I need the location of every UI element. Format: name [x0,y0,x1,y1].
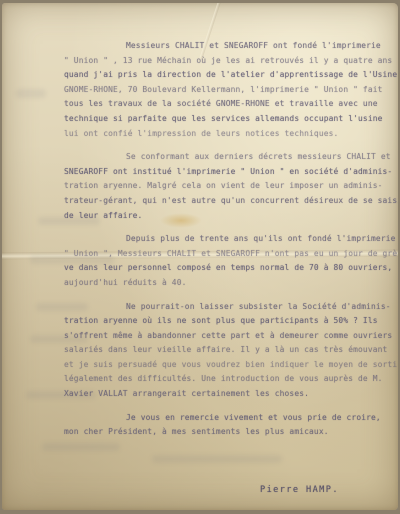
letter-paper: Messieurs CHALIT et SNEGAROFF ont fondé … [2,3,398,510]
letter-line: Ne pourrait-on laisser subsister la Soci… [64,300,398,315]
letter-line: technique si parfaite que les services a… [64,112,398,127]
letter-line: GNOME-RHONE, 70 Boulevard Kellermann, l'… [64,83,398,98]
letter-line: trateur-gérant, qui n'est autre qu'un co… [64,194,398,209]
letter-body: Messieurs CHALIT et SNEGAROFF ont fondé … [64,39,398,497]
letter-line: Se conformant aux derniers décrets messi… [64,150,398,165]
letter-line: Depuis plus de trente ans qu'ils ont fon… [64,232,398,247]
letter-line: légalement des difficultés. Une introduc… [64,372,398,387]
signature: Pierre HAMP. [260,483,398,498]
letter-line: " Union ", Messieurs CHALIT et SNEGAROFF… [64,247,398,262]
letter-line: s'offrent même à abandonner cette part e… [64,329,398,344]
letter-line: de leur affaire. [64,209,398,224]
letter-line: ve dans leur personnel composé en temps … [64,261,398,276]
letter-line: SNEGAROFF ont institué l'imprimerie " Un… [64,165,398,180]
letter-line: quand j'ai pris la direction de l'atelie… [64,68,398,83]
letter-line: tration aryenne. Malgré cela on vient de… [64,179,398,194]
ink-bleed-mark [16,89,46,98]
letter-line: Messieurs CHALIT et SNEGAROFF ont fondé … [64,39,398,54]
letter-line: aujourd'hui réduits à 40. [64,276,398,291]
letter-line: salariés dans leur vieille affaire. Il y… [64,343,398,358]
letter-line: tration aryenne où ils ne sont plus que … [64,314,398,329]
letter-line: Je vous en remercie vivement et vous pri… [64,411,398,426]
scanned-letter-photo: { "colors": { "paper": "#ddd2b6", "ink":… [0,0,400,514]
letter-line: Xavier VALLAT arrangerait certainement l… [64,387,398,402]
letter-line: et je suis persuadé que vous voudrez bie… [64,358,398,373]
letter-line: mon cher Président, à mes sentiments les… [64,425,398,440]
letter-line: lui ont confié l'impression de leurs not… [64,127,398,142]
letter-line: tous les travaux de la société GNOME-RHO… [64,97,398,112]
letter-line: " Union " , 13 rue Méchain où je les ai … [64,54,398,69]
